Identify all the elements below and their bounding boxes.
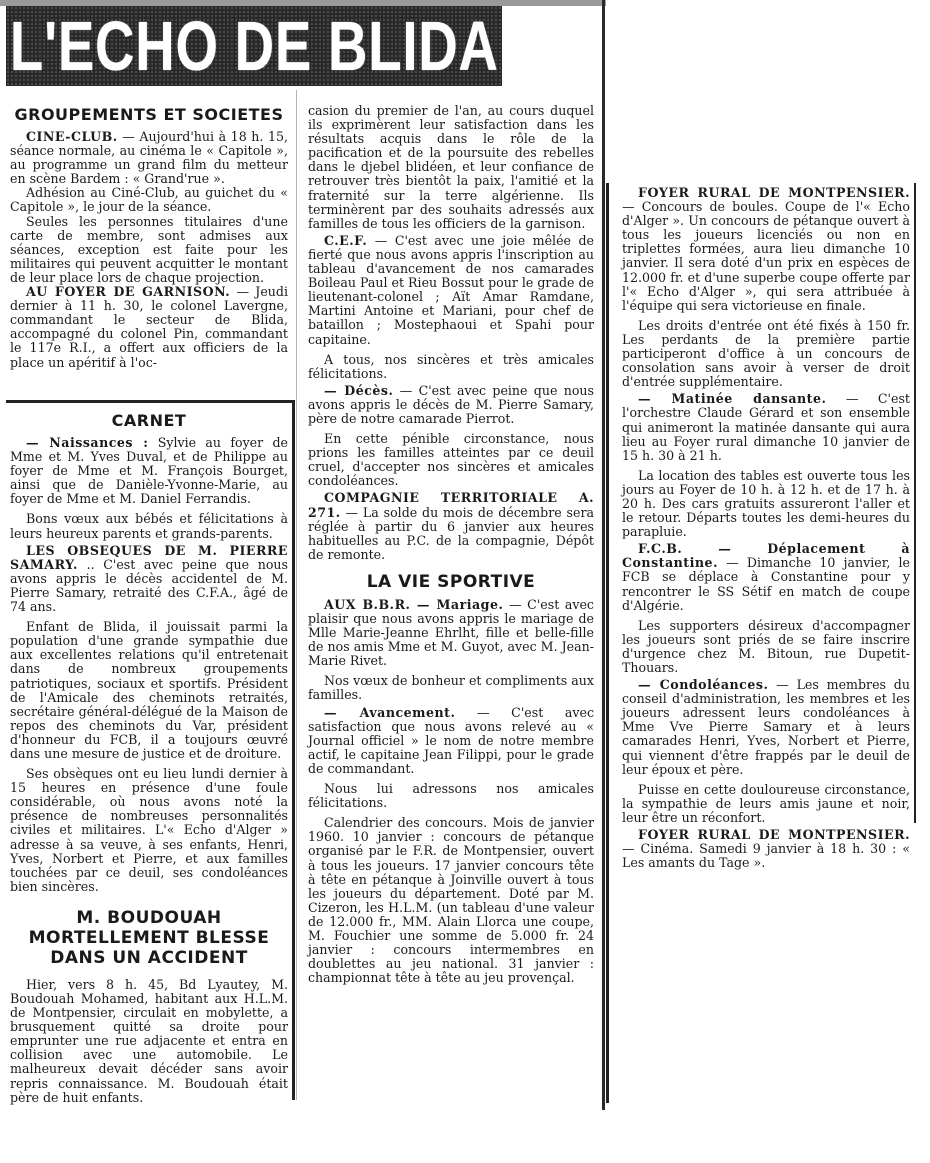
article-list: casion du premier de l'an, au cours duqu… [308,104,594,562]
article-paragraph: Adhésion au Ciné-Club, au guichet du « C… [10,186,288,214]
article-paragraph: FOYER RURAL DE MONTPENSIER. — Concours d… [622,186,910,313]
article-paragraph: Ses obsèques ont eu lieu lundi dernier à… [10,767,288,894]
article-paragraph: FOYER RURAL DE MONTPENSIER. — Cinéma. Sa… [622,828,910,870]
box-border-left [606,183,609,1103]
section-title-sports: LA VIE SPORTIVE [308,572,594,592]
article-paragraph: AUX B.B.R. — Mariage. — C'est avec plais… [308,598,594,668]
article-lead: — Décès. [324,383,393,398]
article-paragraph: Les droits d'entrée ont été fixés à 150 … [622,319,910,389]
article-list: FOYER RURAL DE MONTPENSIER. — Concours d… [622,186,910,870]
article-list: — Naissances : Sylvie au foyer de Mme et… [10,436,288,894]
article-paragraph: En cette pénible circonstance, nous prio… [308,432,594,488]
article-lead: AUX B.B.R. — Mariage. [324,597,503,612]
article-paragraph: Nous lui adressons nos amicales félicita… [308,782,594,810]
article-paragraph: Nos vœux de bonheur et compliments aux f… [308,674,594,702]
column-carnet: CARNET — Naissances : Sylvie au foyer de… [10,410,288,1105]
column-groupements: GROUPEMENTS ET SOCIETES CINE-CLUB. — Auj… [10,104,288,370]
article-lead: LES OBSEQUES DE M. PIERRE SAMARY. [10,543,288,572]
article-paragraph: Puisse en cette douloureuse circonstance… [622,783,910,825]
article-paragraph: — Décès. — C'est avec peine que nous avo… [308,384,594,426]
article-list: CINE-CLUB. — Aujourd'hui à 18 h. 15, séa… [10,130,288,370]
article-paragraph: F.C.B. — Déplacement à Constantine. — Di… [622,542,910,612]
article-paragraph: COMPAGNIE TERRITORIALE A. 271. — La sold… [308,491,594,561]
article-paragraph: La location des tables est ouverte tous … [622,469,910,539]
article-paragraph: — Condoléances. — Les membres du conseil… [622,678,910,777]
article-lead: — Avancement. [324,705,455,720]
article-paragraph: — Matinée dansante. — C'est l'orchestre … [622,392,910,462]
column-middle: casion du premier de l'an, au cours duqu… [308,104,594,985]
article-paragraph: Enfant de Blida, il jouissait parmi la p… [10,620,288,761]
section-title-groupements: GROUPEMENTS ET SOCIETES [10,106,288,124]
article-lead: FOYER RURAL DE MONTPENSIER. [638,185,910,200]
article-paragraph: — Naissances : Sylvie au foyer de Mme et… [10,436,288,506]
article-lead: C.E.F. [324,233,367,248]
article-paragraph: AU FOYER DE GARNISON. — Jeudi dernier à … [10,285,288,370]
column-divider [296,90,297,1100]
article-list: AUX B.B.R. — Mariage. — C'est avec plais… [308,598,594,985]
article-lead: CINE-CLUB. [26,129,118,144]
article-lead: COMPAGNIE TERRITORIALE A. 271. [308,490,594,519]
column-foyer-rural: FOYER RURAL DE MONTPENSIER. — Concours d… [622,186,910,870]
article-paragraph: — Avancement. — C'est avec satisfaction … [308,706,594,776]
carnet-box-border-right [292,400,295,1100]
article-lead: — Matinée dansante. [638,391,826,406]
article-lead: F.C.B. — Déplacement à Constantine. [622,541,910,570]
carnet-box-border-top [6,400,294,403]
accident-article: Hier, vers 8 h. 45, Bd Lyautey, M. Boudo… [10,978,288,1105]
box-border-right [914,183,916,823]
article-paragraph: LES OBSEQUES DE M. PIERRE SAMARY. .. C'e… [10,544,288,614]
article-paragraph: CINE-CLUB. — Aujourd'hui à 18 h. 15, séa… [10,130,288,186]
article-lead: AU FOYER DE GARNISON. [26,284,230,299]
article-lead: — Naissances : [26,435,148,450]
article-lead: — Condoléances. [638,677,768,692]
section-title-carnet: CARNET [10,412,288,430]
article-paragraph: Bons vœux aux bébés et félicitations à l… [10,512,288,540]
article-paragraph: C.E.F. — C'est avec une joie mêlée de fi… [308,234,594,347]
accident-headline: M. BOUDOUAH MORTELLEMENT BLESSE DANS UN … [10,908,288,968]
article-lead: FOYER RURAL DE MONTPENSIER. [638,827,910,842]
page-column-rule [602,0,605,1110]
article-paragraph: Les supporters désireux d'accompagner le… [622,619,910,675]
masthead-banner: L'ECHO DE BLIDA [6,6,502,86]
article-paragraph: Seules les personnes titulaires d'une ca… [10,215,288,285]
article-paragraph: casion du premier de l'an, au cours duqu… [308,104,594,231]
masthead-title: L'ECHO DE BLIDA [10,11,499,81]
article-paragraph: Calendrier des concours. Mois de janvier… [308,816,594,985]
article-paragraph: A tous, nos sincères et très amicales fé… [308,353,594,381]
